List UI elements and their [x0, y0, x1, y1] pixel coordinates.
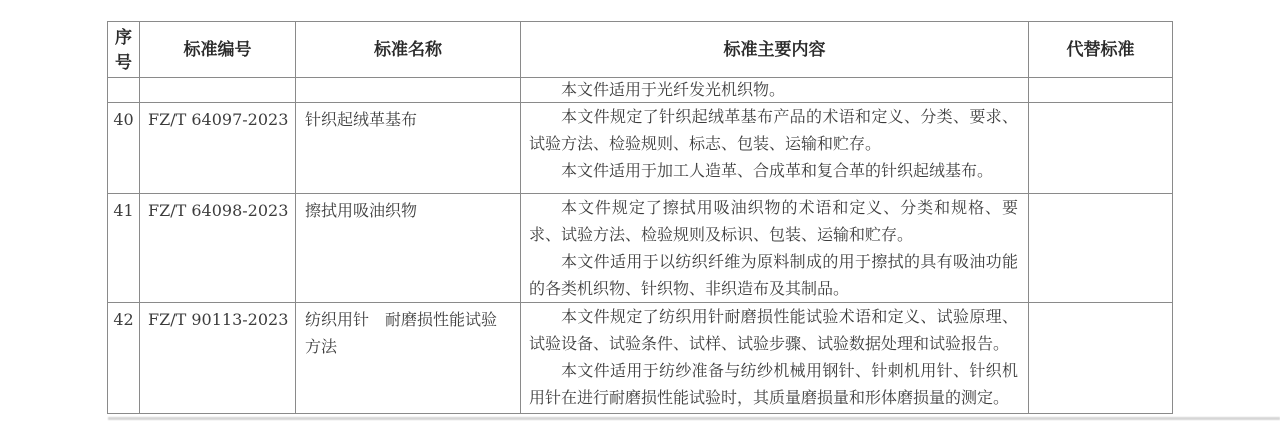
header-name: 标准名称 [296, 22, 521, 78]
cell-seq: 41 [108, 194, 140, 303]
content-paragraph: 本文件规定了擦拭用吸油织物的术语和定义、分类和规格、要求、试验方法、检验规则及标… [529, 194, 1018, 248]
standards-table: 序号 标准编号 标准名称 标准主要内容 代替标准 本文件适用于光纤发光机织物。 … [107, 21, 1173, 414]
cell-replaced [1029, 103, 1173, 194]
cell-content: 本文件规定了擦拭用吸油织物的术语和定义、分类和规格、要求、试验方法、检验规则及标… [521, 194, 1029, 303]
cell-code [140, 78, 296, 103]
table-header-row: 序号 标准编号 标准名称 标准主要内容 代替标准 [108, 22, 1173, 78]
content-paragraph: 本文件规定了纺织用针耐磨损性能试验术语和定义、试验原理、试验设备、试验条件、试样… [529, 303, 1018, 357]
cell-seq: 40 [108, 103, 140, 194]
cell-name: 针织起绒革基布 [296, 103, 521, 194]
cell-code: FZ/T 64098-2023 [140, 194, 296, 303]
cell-replaced [1029, 78, 1173, 103]
content-paragraph: 本文件适用于加工人造革、合成革和复合革的针织起绒基布。 [529, 157, 1018, 184]
table-row: 本文件适用于光纤发光机织物。 [108, 78, 1173, 103]
cell-name: 纺织用针 耐磨损性能试验方法 [296, 303, 521, 414]
header-replaced: 代替标准 [1029, 22, 1173, 78]
cell-code: FZ/T 90113-2023 [140, 303, 296, 414]
table-row: 42 FZ/T 90113-2023 纺织用针 耐磨损性能试验方法 本文件规定了… [108, 303, 1173, 414]
header-content: 标准主要内容 [521, 22, 1029, 78]
cell-replaced [1029, 194, 1173, 303]
cell-content: 本文件适用于光纤发光机织物。 [521, 78, 1029, 103]
cell-code: FZ/T 64097-2023 [140, 103, 296, 194]
content-paragraph: 本文件适用于纺纱准备与纺纱机械用钢针、针刺机用针、针织机用针在进行耐磨损性能试验… [529, 357, 1018, 411]
table-row: 40 FZ/T 64097-2023 针织起绒革基布 本文件规定了针织起绒革基布… [108, 103, 1173, 194]
table-row: 41 FZ/T 64098-2023 擦拭用吸油织物 本文件规定了擦拭用吸油织物… [108, 194, 1173, 303]
header-seq: 序号 [108, 22, 140, 78]
document-page: 序号 标准编号 标准名称 标准主要内容 代替标准 本文件适用于光纤发光机织物。 … [0, 0, 1280, 426]
content-paragraph: 本文件适用于光纤发光机织物。 [529, 78, 1018, 102]
cell-content: 本文件规定了针织起绒革基布产品的术语和定义、分类、要求、试验方法、检验规则、标志… [521, 103, 1029, 194]
header-code: 标准编号 [140, 22, 296, 78]
cell-content: 本文件规定了纺织用针耐磨损性能试验术语和定义、试验原理、试验设备、试验条件、试样… [521, 303, 1029, 414]
page-edge-shadow [108, 417, 1280, 420]
content-paragraph: 本文件规定了针织起绒革基布产品的术语和定义、分类、要求、试验方法、检验规则、标志… [529, 103, 1018, 157]
cell-name: 擦拭用吸油织物 [296, 194, 521, 303]
cell-replaced [1029, 303, 1173, 414]
cell-seq [108, 78, 140, 103]
cell-seq: 42 [108, 303, 140, 414]
content-paragraph: 本文件适用于以纺织纤维为原料制成的用于擦拭的具有吸油功能的各类机织物、针织物、非… [529, 248, 1018, 302]
cell-name [296, 78, 521, 103]
